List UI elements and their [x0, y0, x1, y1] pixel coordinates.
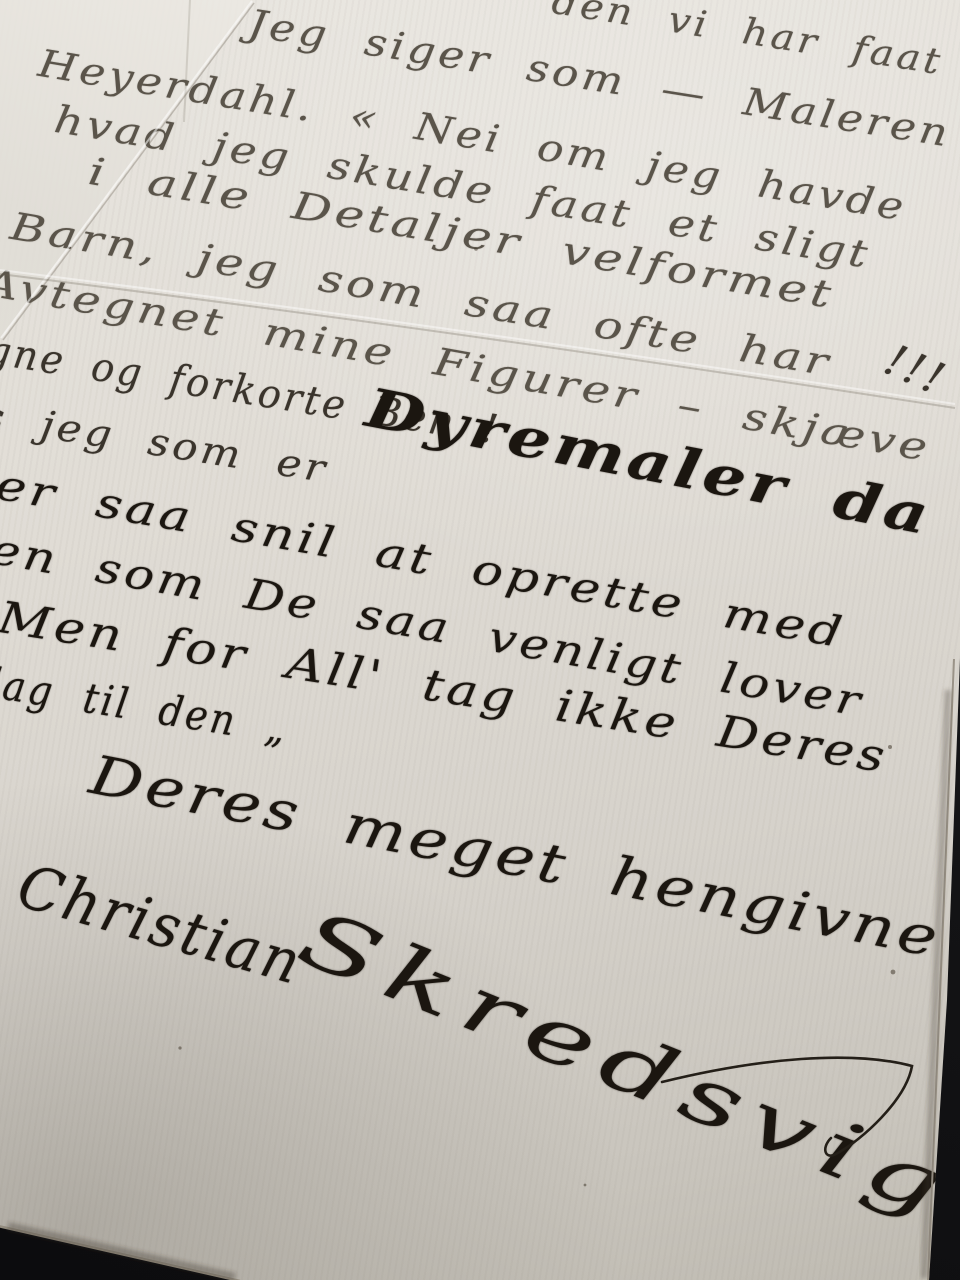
letter-paper-sheet: den vi har faatJeg siger som — MalerenHe… — [0, 0, 960, 1280]
photo-of-handwritten-letter: den vi har faatJeg siger som — MalerenHe… — [0, 0, 960, 1280]
letter-line-signature: Christian — [11, 856, 309, 994]
letter-line-margin-mark: !!! — [878, 338, 953, 403]
letter-lines: den vi har faatJeg siger som — MalerenHe… — [0, 0, 960, 1280]
